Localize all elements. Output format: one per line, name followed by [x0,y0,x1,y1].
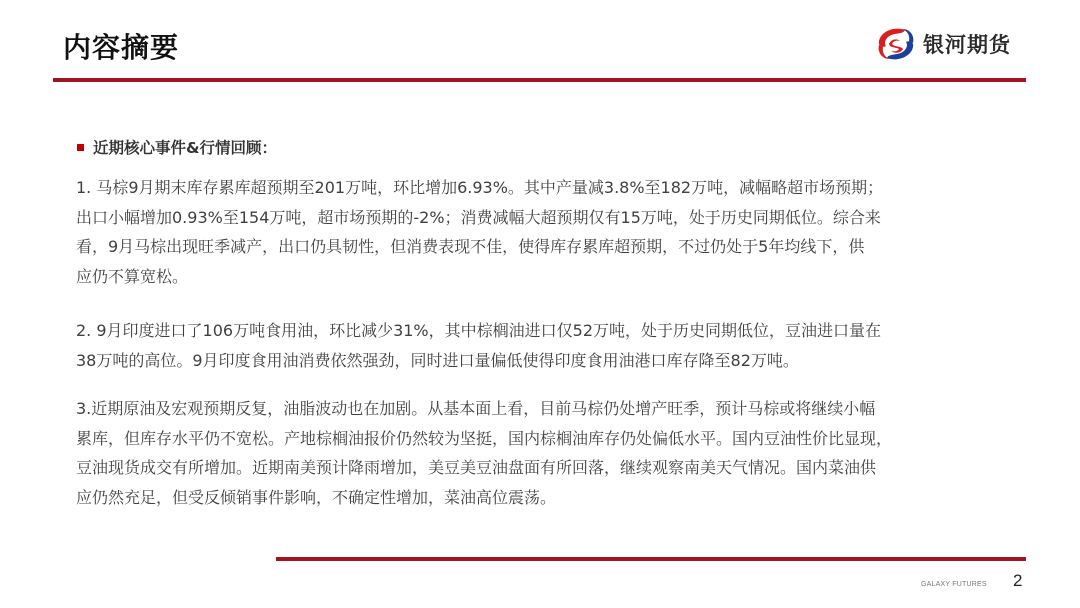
paragraph-line: 38万吨的高位。9月印度食用油消费依然强劲，同时进口量偏低使得印度食用油港口库存… [76,346,1016,376]
paragraph-line: 2. 9月印度进口了106万吨食用油，环比减少31%，其中棕榈油进口仅52万吨，… [76,316,1016,346]
header-divider [53,78,1026,82]
bullet-square-icon [77,144,84,151]
logo-text: 银河期货 [923,29,1011,59]
paragraph-line: 应仍然充足，但受反倾销事件影响，不确定性增加，菜油高位震荡。 [76,483,1016,513]
paragraph-line: 豆油现货成交有所增加。近期南美预计降雨增加，美豆美豆油盘面有所回落，继续观察南美… [76,453,1016,483]
footer-brand: GALAXY FUTURES [921,581,987,588]
section-heading-text: 近期核心事件&行情回顾： [93,136,277,158]
paragraph-line: 1. 马棕9月期末库存累库超预期至201万吨，环比增加6.93%。其中产量减3.… [76,173,1016,203]
footer-divider [276,557,1026,561]
paragraph-line: 出口小幅增加0.93%至154万吨，超市场预期的-2%；消费减幅大超预期仅有15… [76,203,1016,233]
section-heading: 近期核心事件&行情回顾： [77,136,277,158]
paragraph-line: 累库，但库存水平仍不宽松。产地棕榈油报价仍然较为坚挺，国内棕榈油库存仍处偏低水平… [76,424,1016,454]
paragraph-line: 看，9月马棕出现旺季减产，出口仍具韧性，但消费表现不佳，使得库存累库超预期，不过… [76,232,1016,262]
paragraph-line: 应仍不算宽松。 [76,262,1016,292]
paragraph-1: 1. 马棕9月期末库存累库超预期至201万吨，环比增加6.93%。其中产量减3.… [76,173,1016,291]
paragraph-2: 2. 9月印度进口了106万吨食用油，环比减少31%，其中棕榈油进口仅52万吨，… [76,316,1016,375]
brand-logo: 银河期货 [875,26,1011,62]
page-title: 内容摘要 [63,28,179,68]
galaxy-futures-logo-icon [875,27,917,61]
paragraph-line: 3.近期原油及宏观预期反复，油脂波动也在加剧。从基本面上看，目前马棕仍处增产旺季… [76,394,1016,424]
page-number: 2 [1013,571,1022,591]
paragraph-3: 3.近期原油及宏观预期反复，油脂波动也在加剧。从基本面上看，目前马棕仍处增产旺季… [76,394,1016,512]
